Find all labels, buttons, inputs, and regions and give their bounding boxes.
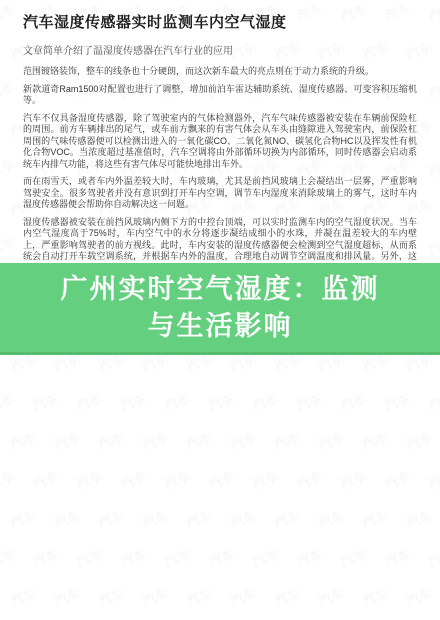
banner-line-2: 与生活影响 bbox=[0, 308, 440, 345]
article-subtitle: 文章简单介绍了温湿度传感器在汽车行业的应用 bbox=[23, 45, 417, 58]
article-paragraph: 新款道奇Ram1500对配置也进行了调整，增加前泊车雷达辅助系统、湿度传感器、可… bbox=[23, 84, 417, 107]
article-paragraph: 汽车不仅具备湿度传感器，除了驾驶室内的气体检测器外，汽车气味传感器被安装在车辆前… bbox=[23, 113, 417, 171]
banner-line-1: 广州实时空气湿度：监测 bbox=[0, 271, 440, 308]
page-title: 汽车湿度传感器实时监测车内空气湿度 bbox=[23, 13, 417, 32]
banner: 广州实时空气湿度：监测 与生活影响 bbox=[0, 263, 440, 355]
banner-text: 广州实时空气湿度：监测 与生活影响 bbox=[0, 263, 440, 345]
article-paragraph: 而在雨雪天，或者车内外温差较大时，车内玻璃，尤其是前挡风玻璃上会凝结出一层雾，严… bbox=[23, 176, 417, 211]
article-paragraph: 范围镀铬装饰，整车的线条也十分硬朗，而这次新车最大的亮点则在于动力系统的升级。 bbox=[23, 66, 417, 78]
article-page: 汽车汽车汽车汽车汽车汽车汽车汽车汽车汽车汽车汽车汽车汽车汽车汽车汽车汽车汽车汽车… bbox=[0, 0, 440, 620]
article-body: 汽车湿度传感器实时监测车内空气湿度 文章简单介绍了温湿度传感器在汽车行业的应用 … bbox=[0, 0, 440, 286]
